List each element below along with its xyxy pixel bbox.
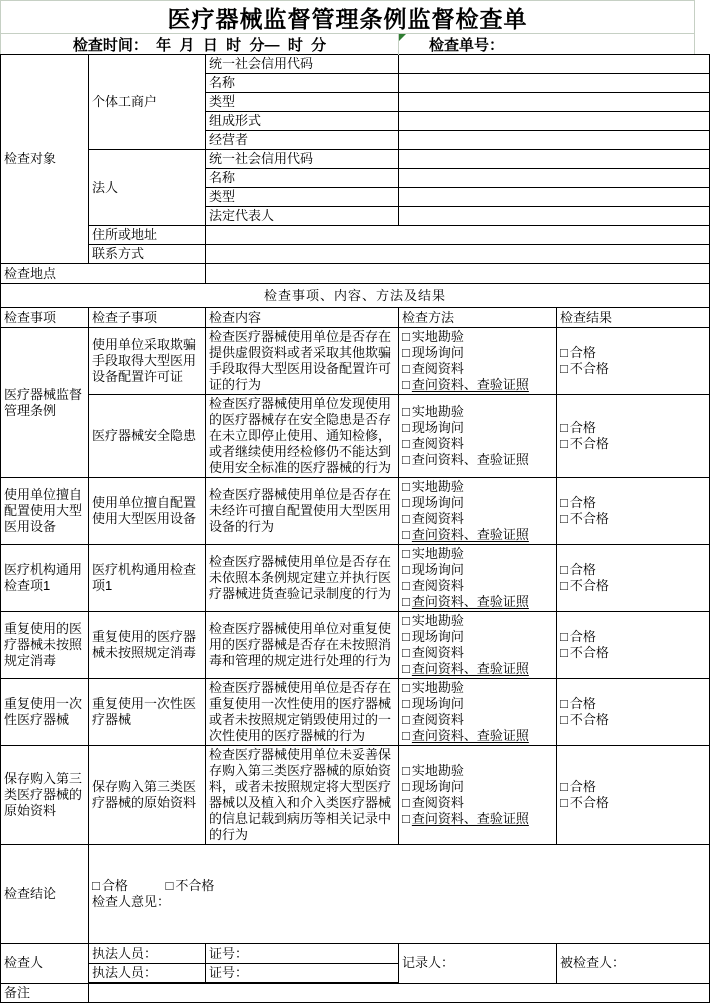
method-checkbox-option[interactable]: □实地勘验 bbox=[402, 546, 553, 562]
subitem-cell: 医疗机构通用检查项1 bbox=[89, 545, 206, 612]
method-checkbox-option[interactable]: □查阅资料 bbox=[402, 795, 553, 811]
inspection-time-field[interactable]: 检查时间： 年 月 日 时 分— 时 分 bbox=[1, 34, 399, 55]
subitem-cell: 保存购入第三类医疗器械的原始资料 bbox=[89, 746, 206, 845]
result-checkbox-option[interactable]: □合格 bbox=[560, 696, 706, 712]
method-checkbox-option[interactable]: □查问资料、查验证照 bbox=[402, 594, 553, 610]
value-cell[interactable] bbox=[399, 55, 710, 74]
legal-group-label: 法人 bbox=[89, 150, 206, 226]
result-checkbox-option[interactable]: □合格 bbox=[560, 495, 706, 511]
method-checkbox-option[interactable]: □实地勘验 bbox=[402, 329, 553, 345]
value-cell[interactable] bbox=[89, 983, 710, 1002]
field-label: 组成形式 bbox=[206, 112, 399, 131]
value-cell[interactable] bbox=[206, 264, 710, 284]
method-checkbox-option[interactable]: □现场询问 bbox=[402, 629, 553, 645]
conclusion-cell[interactable]: □合格 □不合格 检查人意见： bbox=[89, 845, 710, 944]
result-checkbox-option[interactable]: □合格 bbox=[560, 779, 706, 795]
item-cell: 医疗器械监督管理条例 bbox=[1, 328, 89, 478]
value-cell[interactable] bbox=[399, 188, 710, 207]
field-label: 统一社会信用代码 bbox=[206, 150, 399, 169]
field-label: 经营者 bbox=[206, 131, 399, 150]
method-cell: □实地勘验 □现场询问 □查阅资料 □查问资料、查验证照 bbox=[399, 545, 557, 612]
item-cell: 使用单位擅自配置使用大型医用设备 bbox=[1, 478, 89, 545]
col-header-item: 检查事项 bbox=[1, 308, 89, 328]
result-checkbox-option[interactable]: □不合格 bbox=[560, 795, 706, 811]
content-cell: 检查医疗器械使用单位未妥善保存购入第三类医疗器械的原始资料，或者未按照规定将大型… bbox=[206, 746, 399, 845]
content-cell: 检查医疗器械使用单位是否存在重复使用一次性使用的医疗器械或者未按照规定销毁使用过… bbox=[206, 679, 399, 746]
result-checkbox-option[interactable]: □合格 bbox=[560, 562, 706, 578]
method-checkbox-option[interactable]: □实地勘验 bbox=[402, 404, 553, 420]
subitem-cell: 使用单位擅自配置使用大型医用设备 bbox=[89, 478, 206, 545]
subitem-cell: 使用单位采取欺骗手段取得大型医用设备配置许可证 bbox=[89, 328, 206, 395]
method-checkbox-option[interactable]: □查阅资料 bbox=[402, 578, 553, 594]
individual-group-label: 个体工商户 bbox=[89, 55, 206, 150]
method-checkbox-option[interactable]: □查问资料、查验证照 bbox=[402, 527, 553, 543]
result-checkbox-option[interactable]: □不合格 bbox=[560, 578, 706, 594]
method-checkbox-option[interactable]: □查阅资料 bbox=[402, 361, 553, 377]
value-cell[interactable] bbox=[206, 226, 710, 245]
item-cell: 医疗机构通用检查项1 bbox=[1, 545, 89, 612]
value-cell[interactable] bbox=[399, 169, 710, 188]
method-cell: □实地勘验 □现场询问 □查阅资料 □查问资料、查验证照 bbox=[399, 746, 557, 845]
value-cell[interactable] bbox=[399, 150, 710, 169]
inspector-label: 检查人 bbox=[1, 944, 89, 984]
method-checkbox-option[interactable]: □实地勘验 bbox=[402, 763, 553, 779]
value-cell[interactable] bbox=[399, 74, 710, 93]
col-header-content: 检查内容 bbox=[206, 308, 399, 328]
method-cell: □实地勘验 □现场询问 □查阅资料 □查问资料、查验证照 bbox=[399, 478, 557, 545]
method-checkbox-option[interactable]: □现场询问 bbox=[402, 779, 553, 795]
result-checkbox-option[interactable]: □不合格 bbox=[560, 361, 706, 377]
conclusion-fail-checkbox[interactable]: □不合格 bbox=[166, 878, 215, 893]
title-row: 医疗器械监督管理条例监督检查单 bbox=[1, 1, 694, 34]
method-checkbox-option[interactable]: □现场询问 bbox=[402, 696, 553, 712]
result-checkbox-option[interactable]: □合格 bbox=[560, 629, 706, 645]
method-checkbox-option[interactable]: □查问资料、查验证照 bbox=[402, 452, 553, 468]
method-checkbox-option[interactable]: □现场询问 bbox=[402, 495, 553, 511]
content-cell: 检查医疗器械使用单位发现使用的医疗器械存在安全隐患是否存在未立即停止使用、通知检… bbox=[206, 395, 399, 478]
location-label: 检查地点 bbox=[1, 264, 206, 284]
form-header: 医疗器械监督管理条例监督检查单 检查时间： 年 月 日 时 分— 时 分 检查单… bbox=[0, 0, 695, 54]
inspector-opinion-label: 检查人意见： bbox=[92, 894, 706, 910]
method-checkbox-option[interactable]: □现场询问 bbox=[402, 345, 553, 361]
content-cell: 检查医疗器械使用单位是否存在提供虚假资料或者采取其他欺骗手段取得大型医用设备配置… bbox=[206, 328, 399, 395]
method-checkbox-option[interactable]: □查阅资料 bbox=[402, 511, 553, 527]
method-checkbox-option[interactable]: □查问资料、查验证照 bbox=[402, 728, 553, 744]
contact-label: 联系方式 bbox=[89, 245, 206, 264]
value-cell[interactable] bbox=[399, 93, 710, 112]
method-checkbox-option[interactable]: □查问资料、查验证照 bbox=[402, 811, 553, 827]
result-checkbox-option[interactable]: □合格 bbox=[560, 420, 706, 436]
item-cell: 重复使用的医疗器械未按照规定消毒 bbox=[1, 612, 89, 679]
target-section-label: 检查对象 bbox=[1, 55, 89, 264]
field-label: 统一社会信用代码 bbox=[206, 55, 399, 74]
method-checkbox-option[interactable]: □实地勘验 bbox=[402, 680, 553, 696]
result-cell: □合格 □不合格 bbox=[557, 478, 710, 545]
value-cell[interactable] bbox=[206, 245, 710, 264]
method-checkbox-option[interactable]: □现场询问 bbox=[402, 420, 553, 436]
cert-no-field[interactable]: 证号： bbox=[206, 944, 399, 964]
result-checkbox-option[interactable]: □合格 bbox=[560, 345, 706, 361]
result-cell: □合格 □不合格 bbox=[557, 612, 710, 679]
result-cell: □合格 □不合格 bbox=[557, 545, 710, 612]
remarks-label: 备注 bbox=[1, 983, 89, 1002]
result-checkbox-option[interactable]: □不合格 bbox=[560, 712, 706, 728]
col-header-result: 检查结果 bbox=[557, 308, 710, 328]
method-cell: □实地勘验 □现场询问 □查阅资料 □查问资料、查验证照 bbox=[399, 395, 557, 478]
method-checkbox-option[interactable]: □查阅资料 bbox=[402, 436, 553, 452]
cell-corner-marker-icon bbox=[399, 34, 406, 41]
value-cell[interactable] bbox=[399, 131, 710, 150]
conclusion-label: 检查结论 bbox=[1, 845, 89, 944]
inspection-no-label: 检查单号： bbox=[429, 34, 504, 55]
item-cell: 保存购入第三类医疗器械的原始资料 bbox=[1, 746, 89, 845]
result-checkbox-option[interactable]: □不合格 bbox=[560, 511, 706, 527]
value-cell[interactable] bbox=[399, 207, 710, 226]
result-cell: □合格 □不合格 bbox=[557, 328, 710, 395]
subitem-cell: 重复使用的医疗器械未按照规定消毒 bbox=[89, 612, 206, 679]
method-cell: □实地勘验 □现场询问 □查阅资料 □查问资料、查验证照 bbox=[399, 679, 557, 746]
result-checkbox-option[interactable]: □不合格 bbox=[560, 645, 706, 661]
time-row: 检查时间： 年 月 日 时 分— 时 分 检查单号： bbox=[1, 34, 694, 55]
subitem-cell: 医疗器械安全隐患 bbox=[89, 395, 206, 478]
subitem-cell: 重复使用一次性医疗器械 bbox=[89, 679, 206, 746]
inspection-table: 检查对象 个体工商户 统一社会信用代码 名称 类型 组成形式 经营者 法人 统一… bbox=[0, 54, 710, 1003]
items-section-title: 检查事项、内容、方法及结果 bbox=[1, 284, 710, 308]
method-checkbox-option[interactable]: □查问资料、查验证照 bbox=[402, 377, 553, 393]
content-cell: 检查医疗器械使用单位是否存在未依照本条例规定建立并执行医疗器械进货查验记录制度的… bbox=[206, 545, 399, 612]
method-cell: □实地勘验 □现场询问 □查阅资料 □查问资料、查验证照 bbox=[399, 612, 557, 679]
method-checkbox-option[interactable]: □查问资料、查验证照 bbox=[402, 661, 553, 677]
officer-field[interactable]: 执法人员： bbox=[89, 964, 206, 984]
result-cell: □合格 □不合格 bbox=[557, 746, 710, 845]
cert-no-field[interactable]: 证号： bbox=[206, 964, 399, 984]
method-checkbox-option[interactable]: □实地勘验 bbox=[402, 479, 553, 495]
officer-field[interactable]: 执法人员： bbox=[89, 944, 206, 964]
conclusion-pass-checkbox[interactable]: □合格 bbox=[92, 878, 128, 893]
recorder-field[interactable]: 记录人： bbox=[399, 944, 557, 984]
field-label: 类型 bbox=[206, 188, 399, 207]
inspection-form: 医疗器械监督管理条例监督检查单 检查时间： 年 月 日 时 分— 时 分 检查单… bbox=[0, 0, 718, 977]
field-label: 名称 bbox=[206, 169, 399, 188]
field-label: 名称 bbox=[206, 74, 399, 93]
field-label: 类型 bbox=[206, 93, 399, 112]
result-cell: □合格 □不合格 bbox=[557, 395, 710, 478]
item-cell: 重复使用一次性医疗器械 bbox=[1, 679, 89, 746]
inspectee-field[interactable]: 被检查人： bbox=[557, 944, 710, 984]
address-label: 住所或地址 bbox=[89, 226, 206, 245]
form-title: 医疗器械监督管理条例监督检查单 bbox=[168, 1, 528, 34]
content-cell: 检查医疗器械使用单位对重复使用的医疗器械是否存在未按照消毒和管理的规定进行处理的… bbox=[206, 612, 399, 679]
content-cell: 检查医疗器械使用单位是否存在未经许可擅自配置使用大型医用设备的行为 bbox=[206, 478, 399, 545]
result-cell: □合格 □不合格 bbox=[557, 679, 710, 746]
method-checkbox-option[interactable]: □实地勘验 bbox=[402, 613, 553, 629]
method-cell: □实地勘验 □现场询问 □查阅资料 □查问资料、查验证照 bbox=[399, 328, 557, 395]
method-checkbox-option[interactable]: □查阅资料 bbox=[402, 712, 553, 728]
result-checkbox-option[interactable]: □不合格 bbox=[560, 436, 706, 452]
col-header-method: 检查方法 bbox=[399, 308, 557, 328]
field-label: 法定代表人 bbox=[206, 207, 399, 226]
col-header-subitem: 检查子事项 bbox=[89, 308, 206, 328]
inspection-no-field[interactable]: 检查单号： bbox=[399, 34, 694, 55]
method-checkbox-option[interactable]: □查阅资料 bbox=[402, 645, 553, 661]
method-checkbox-option[interactable]: □现场询问 bbox=[402, 562, 553, 578]
value-cell[interactable] bbox=[399, 112, 710, 131]
